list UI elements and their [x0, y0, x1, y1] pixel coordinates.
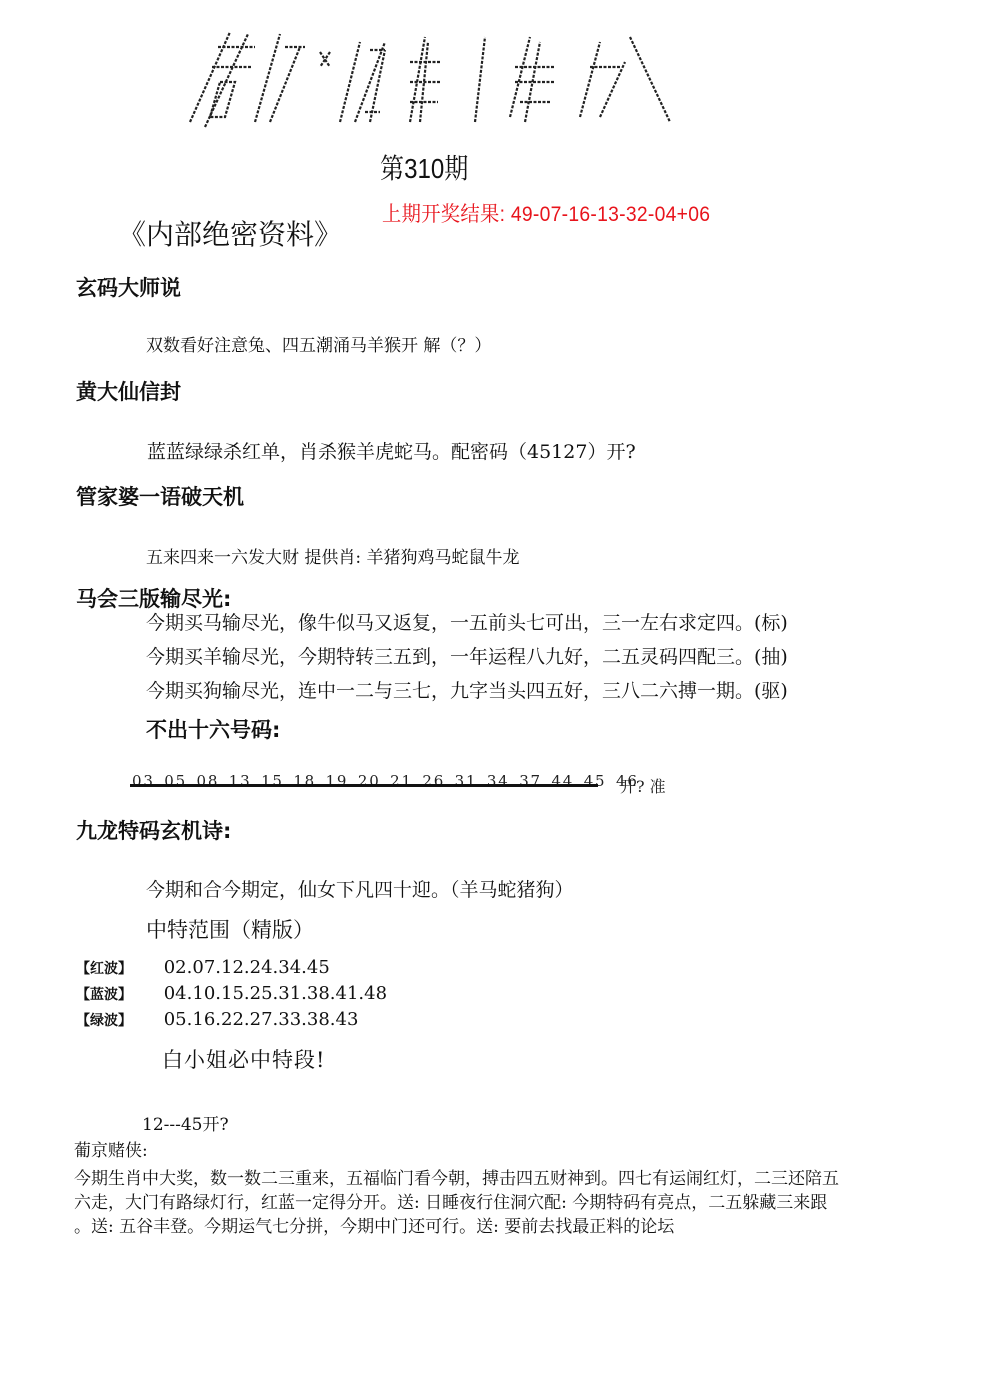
macau-gambler-line: 六走，大门有路绿灯行，红蓝一定得分开。送: 日睡夜行住洞穴配: 今期特码有亮点，…	[74, 1188, 827, 1213]
excluded-number: 34	[487, 772, 510, 790]
excluded-number: 37	[519, 772, 542, 790]
section-heading-wong-tai-sin: 黄大仙信封	[76, 376, 181, 406]
section-heading-master: 玄码大师说	[76, 272, 181, 302]
excluded-number: 05	[164, 772, 187, 790]
excluded-number: 44	[551, 772, 574, 790]
green-wave-label: 【绿波】	[76, 1010, 158, 1030]
red-wave-row: 【红波】 02.07.12.24.34.45	[76, 957, 330, 978]
blue-wave-label: 【蓝波】	[76, 984, 158, 1004]
excluded-number: 31	[455, 772, 478, 790]
last-result-label: 上期开奖结果:	[382, 203, 505, 226]
banner-artwork	[180, 22, 800, 142]
excluded-number: 45	[584, 772, 607, 790]
excluded-number: 20	[358, 772, 381, 790]
blue-wave-row: 【蓝波】 04.10.15.25.31.38.41.48	[76, 983, 387, 1004]
red-wave-label: 【红波】	[76, 958, 158, 978]
macau-gambler-line: 今期生肖中大奖，数一数二三重来，五福临门看今朝，搏击四五财神到。四七有运闹红灯，…	[74, 1164, 839, 1189]
red-wave-numbers: 02.07.12.24.34.45	[164, 957, 330, 978]
green-wave-row: 【绿波】 05.16.22.27.33.38.43	[76, 1009, 358, 1030]
nine-dragon-text: 今期和合今期定，仙女下凡四十迎。（羊马蛇猪狗）	[146, 875, 574, 902]
excluded-number: 03	[132, 772, 155, 790]
excluded-numbers-tail: 开? 准	[620, 774, 666, 797]
housekeeper-text: 五来四来一六发大财 提供肖: 羊猪狗鸡马蛇鼠牛龙	[146, 543, 520, 568]
excluded-number: 13	[229, 772, 252, 790]
wong-tai-sin-text: 蓝蓝绿绿杀红单，肖杀猴羊虎蛇马。配密码（45127）开?	[147, 437, 636, 464]
strikethrough-line	[130, 784, 598, 787]
section-heading-nine-dragon: 九龙特码玄机诗:	[76, 815, 231, 845]
issue-number: 第310期	[380, 147, 468, 187]
last-draw-result: 上期开奖结果: 49-07-16-13-32-04+06	[382, 198, 710, 228]
jockey-club-line: 今期买马输尽光，像牛似马又返复，一五前头七可出，三一左右求定四。(标)	[146, 608, 788, 635]
jockey-club-line: 今期买羊输尽光，今期特转三五到，一年运程八九好，二五灵码四配三。(抽)	[146, 642, 788, 669]
section-heading-miss-bai: 白小姐必中特段!	[162, 1044, 325, 1074]
section-heading-exclude: 不出十六号码:	[146, 714, 280, 744]
miss-bai-text: 12---45开?	[142, 1110, 229, 1135]
excluded-number: 19	[326, 772, 349, 790]
master-text: 双数看好注意兔、四五潮涌马羊猴开 解（？）	[146, 331, 491, 356]
macau-gambler-line: 。送: 五谷丰登。今期运气七分拼，今期中门还可行。送: 要前去找最正料的论坛	[74, 1212, 674, 1237]
section-heading-macau-gambler: 葡京赌侠:	[74, 1136, 148, 1161]
excluded-number: 26	[422, 772, 445, 790]
last-result-numbers: 49-07-16-13-32-04+06	[511, 203, 710, 226]
handwritten-title-strokes	[180, 22, 800, 142]
jockey-club-line: 今期买狗输尽光，连中一二与三七，九字当头四五好，三八二六搏一期。(驱)	[146, 676, 788, 703]
excluded-number: 18	[293, 772, 316, 790]
section-heading-range: 中特范围（精版）	[146, 914, 314, 944]
excluded-number: 08	[197, 772, 220, 790]
green-wave-numbers: 05.16.22.27.33.38.43	[164, 1009, 359, 1030]
section-heading-housekeeper: 管家婆一语破天机	[76, 481, 244, 511]
excluded-number: 15	[261, 772, 284, 790]
blue-wave-numbers: 04.10.15.25.31.38.41.48	[164, 983, 387, 1004]
excluded-numbers-list: 03 05 08 13 15 18 19 20 21 26 31 34 37 4…	[132, 772, 639, 790]
excluded-number: 21	[390, 772, 413, 790]
document-title: 《内部绝密资料》	[118, 213, 342, 253]
